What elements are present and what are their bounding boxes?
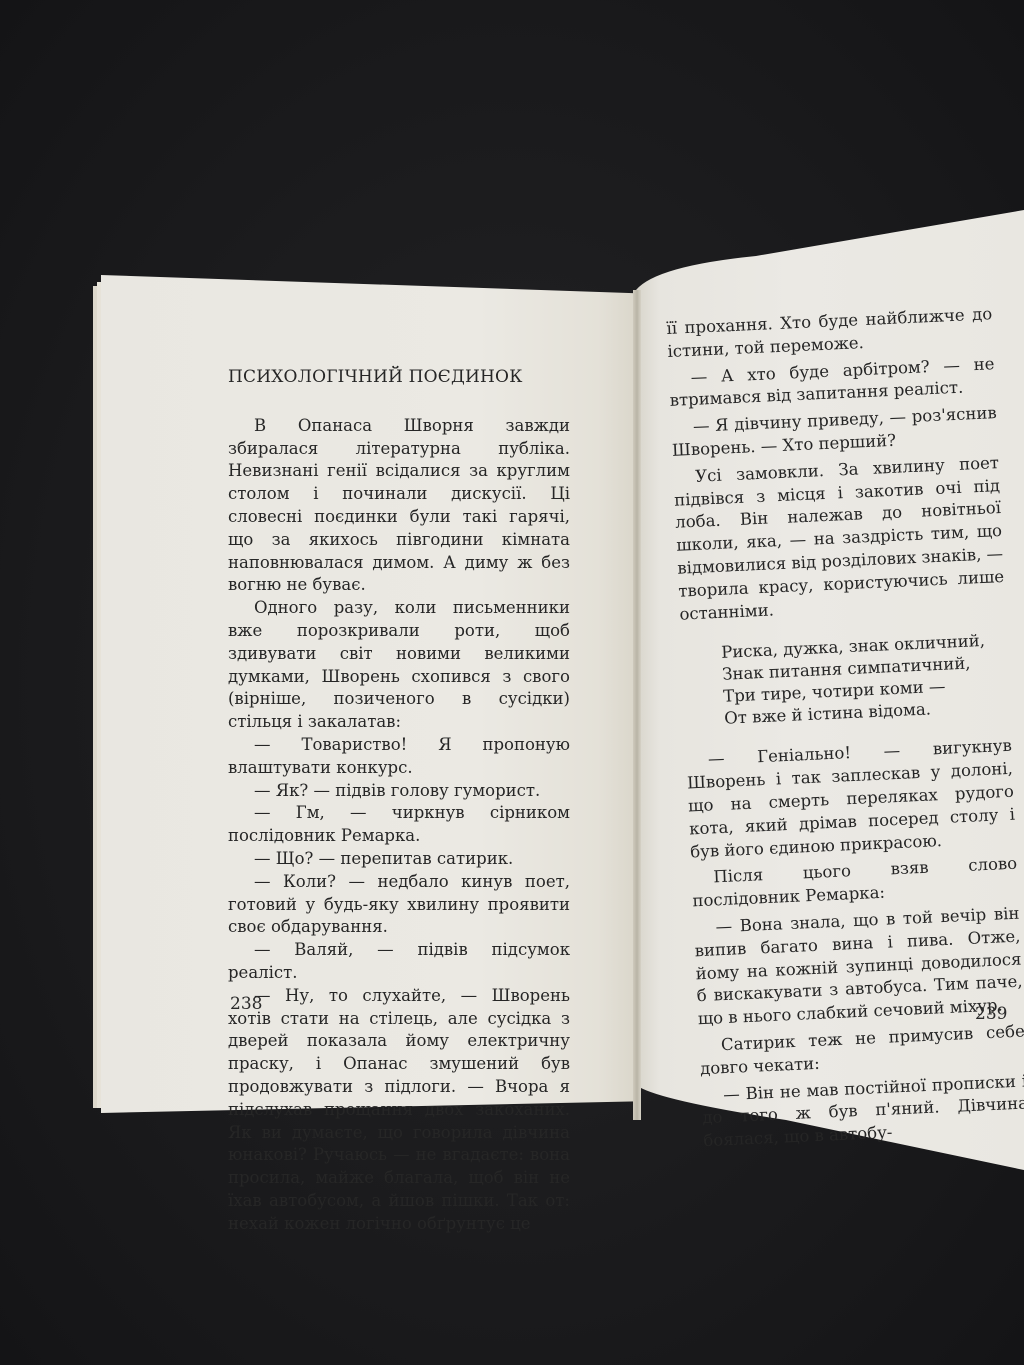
- poem: Риска, дужка, знак окличний, Знак питанн…: [721, 629, 1011, 730]
- paragraph: — Валяй, — підвів підсумок реаліст.: [228, 939, 570, 985]
- paragraph: — Товариство! Я пропоную влаштувати конк…: [228, 734, 570, 780]
- paragraph: В Опанаса Шворня завжди збиралася літера…: [228, 415, 570, 597]
- paragraph: Усі замовкли. За хвилину поет підвівся з…: [673, 452, 1006, 626]
- paragraph: — Ну, то слухайте, — Шворень хотів стати…: [228, 985, 570, 1236]
- page-number-right: 239: [975, 1004, 1007, 1024]
- paragraph: — Що? — перепитав сатирик.: [228, 848, 570, 871]
- page-number-left: 238: [230, 994, 262, 1014]
- book-gutter: [633, 290, 641, 1120]
- paragraph: Одного разу, коли письменники вже порозк…: [228, 597, 570, 734]
- paragraph: — Коли? — недбало кинув поет, готовий у …: [228, 871, 570, 939]
- chapter-title: Психологічний поєдинок: [228, 366, 570, 389]
- right-page-text: її прохання. Хто буде найближче до істин…: [666, 303, 1024, 1157]
- paragraph: — Як? — підвів голову гуморист.: [228, 780, 570, 803]
- paragraph: — Гм, — чиркнув сірником послідовник Рем…: [228, 802, 570, 848]
- paragraph: — Він не мав постійної прописки і до тог…: [701, 1070, 1024, 1153]
- paragraph: — Геніально! — вигукнув Шворень і так за…: [686, 735, 1017, 864]
- left-page-text: Психологічний поєдинок В Опанаса Шворня …: [228, 366, 570, 1235]
